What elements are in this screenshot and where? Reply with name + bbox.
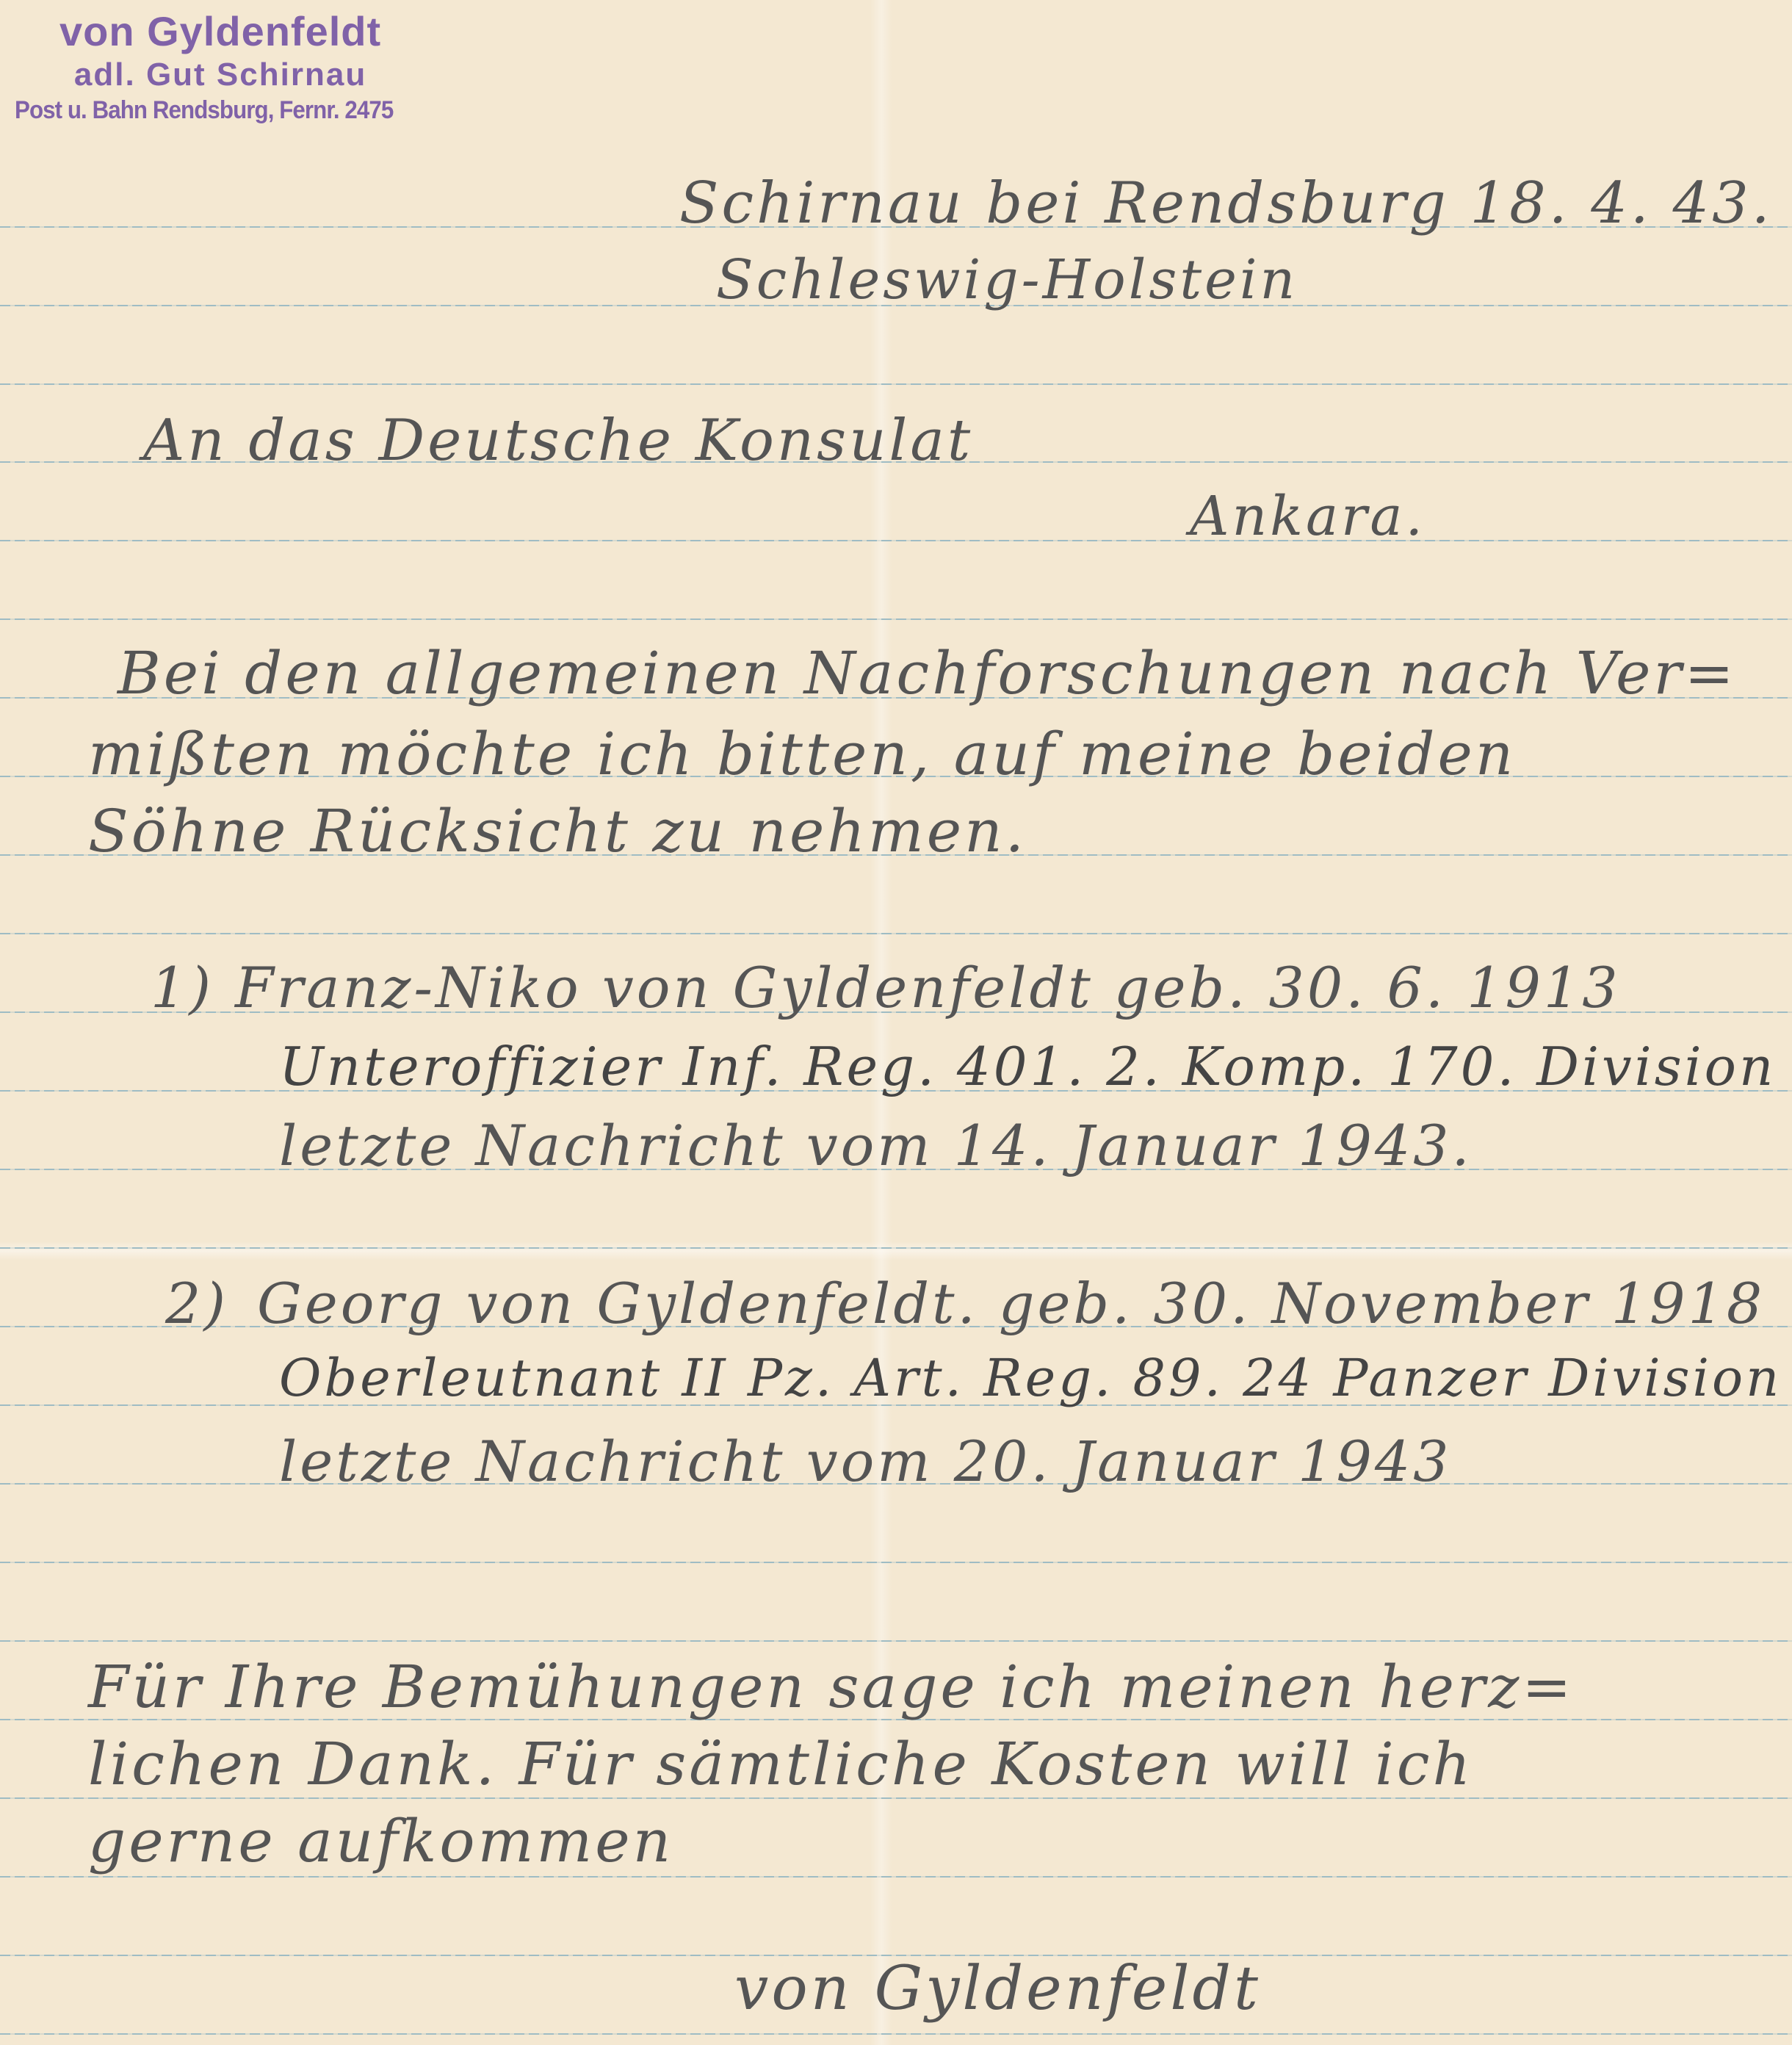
rule-line xyxy=(0,1876,1792,1878)
rule-line xyxy=(0,1562,1792,1563)
paragraph-line: lichen Dank. Für sämtliche Kosten will i… xyxy=(88,1730,1473,1798)
rule-line xyxy=(0,1247,1792,1249)
paragraph-line: mißten möchte ich bitten, auf meine beid… xyxy=(88,720,1516,788)
letter-page: von Gyldenfeldt adl. Gut Schirnau Post u… xyxy=(0,0,1792,2045)
rule-line xyxy=(0,383,1792,385)
stamp-estate: adl. Gut Schirnau xyxy=(15,56,426,94)
entry-number: 1) xyxy=(151,955,214,1020)
paragraph-line: gerne aufkommen xyxy=(88,1807,673,1875)
letterhead-stamp: von Gyldenfeldt adl. Gut Schirnau Post u… xyxy=(15,7,426,126)
signature: von Gyldenfeldt xyxy=(734,1954,1261,2024)
paragraph-line: Bei den allgemeinen Nachforschungen nach… xyxy=(118,639,1737,707)
entry-number: 2) xyxy=(165,1271,228,1336)
rule-line xyxy=(0,1640,1792,1642)
rule-line xyxy=(0,618,1792,620)
entry-line: Georg von Gyldenfeldt. geb. 30. November… xyxy=(257,1271,1765,1336)
region-line: Schleswig-Holstein xyxy=(716,248,1298,311)
stamp-address: Post u. Bahn Rendsburg, Fernr. 2475 xyxy=(15,94,393,126)
stamp-name: von Gyldenfeldt xyxy=(15,7,426,56)
entry-line: Oberleutnant II Pz. Art. Reg. 89. 24 Pan… xyxy=(279,1348,1782,1408)
entry-line: letzte Nachricht vom 20. Januar 1943 xyxy=(279,1429,1452,1494)
paragraph-line: Söhne Rücksicht zu nehmen. xyxy=(88,797,1027,865)
paragraph-line: Für Ihre Bemühungen sage ich meinen herz… xyxy=(88,1653,1574,1721)
entry-line: Franz-Niko von Gyldenfeldt geb. 30. 6. 1… xyxy=(235,955,1621,1020)
recipient-line: An das Deutsche Konsulat xyxy=(143,408,973,474)
rule-line xyxy=(0,2033,1792,2035)
entry-line: letzte Nachricht vom 14. Januar 1943. xyxy=(279,1113,1473,1178)
place-date-line: Schirnau bei Rendsburg 18. 4. 43. xyxy=(679,170,1773,237)
entry-line: Unteroffizier Inf. Reg. 401. 2. Komp. 17… xyxy=(279,1036,1776,1097)
rule-line xyxy=(0,540,1792,541)
recipient-city: Ankara. xyxy=(1190,485,1426,548)
rule-line xyxy=(0,933,1792,934)
